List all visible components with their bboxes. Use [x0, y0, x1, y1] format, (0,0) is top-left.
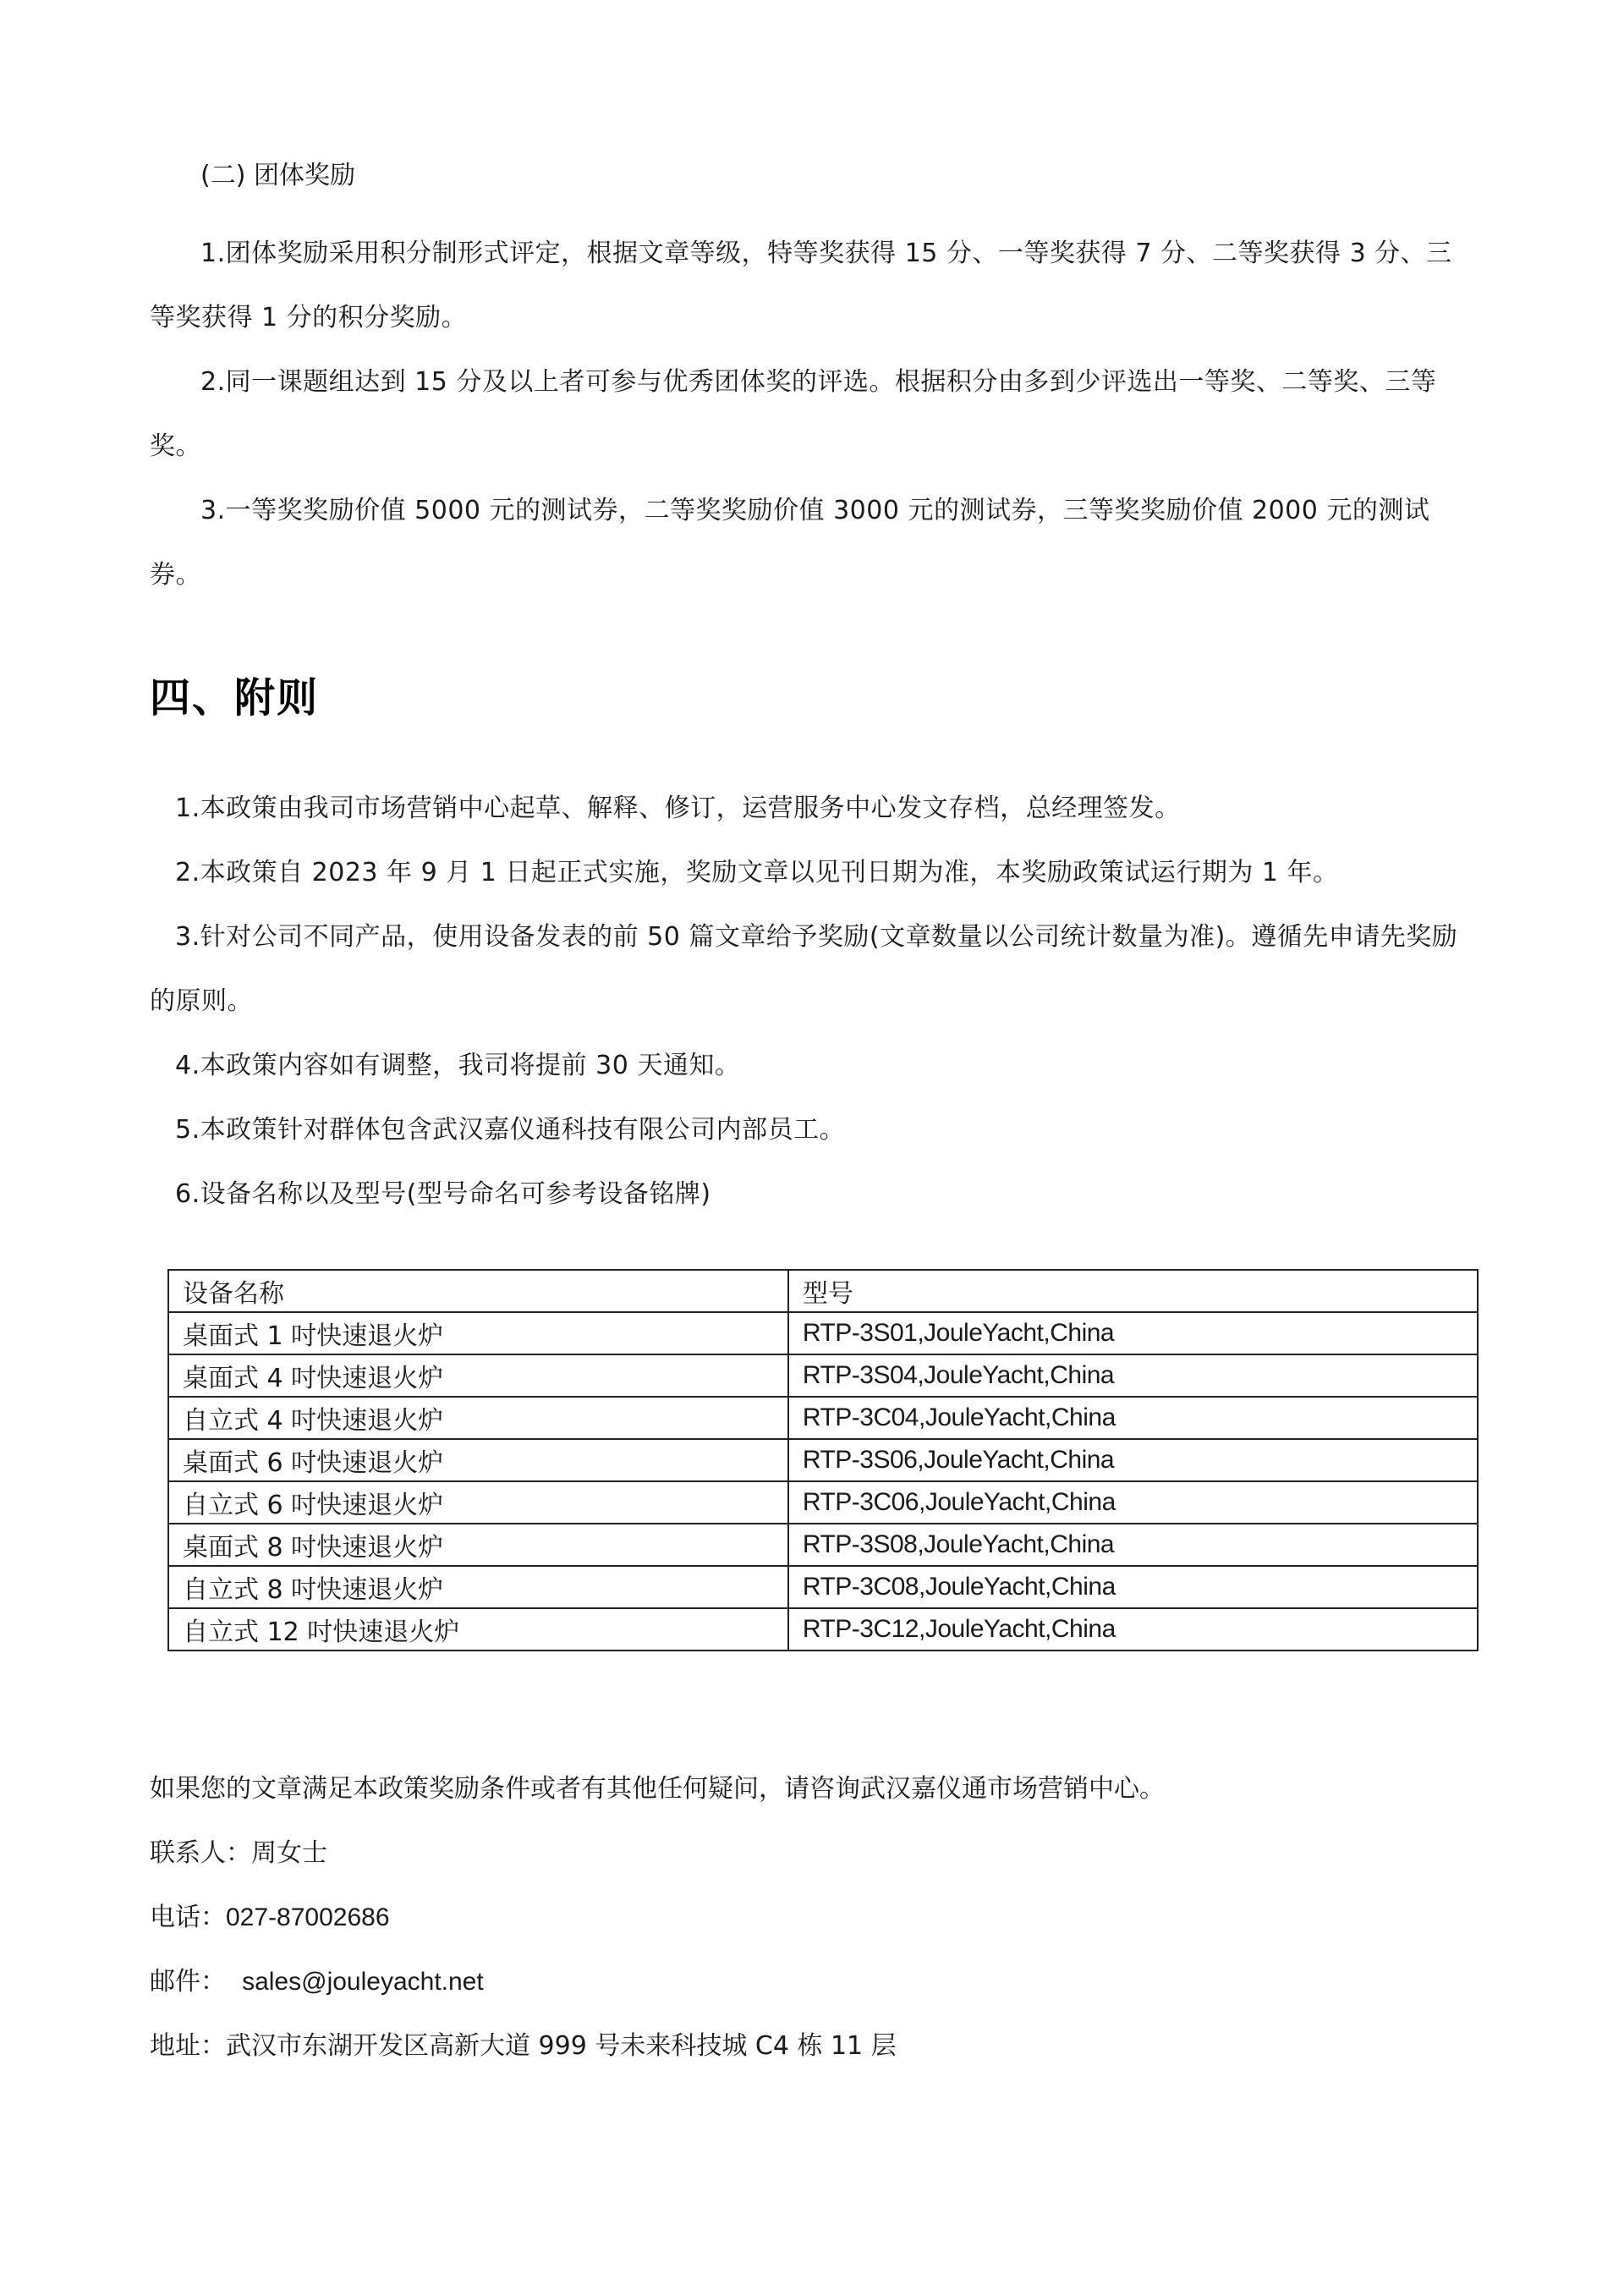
equipment-name-cell: 桌面式 6 吋快速退火炉: [168, 1439, 788, 1481]
equipment-name-cell: 自立式 4 吋快速退火炉: [168, 1397, 788, 1439]
header-model: 型号: [788, 1270, 1478, 1312]
model-cell: RTP-3S08,JouleYacht,China: [788, 1524, 1478, 1566]
contact-person: 联系人：周女士: [150, 1832, 327, 1875]
table-row: 自立式 8 吋快速退火炉 RTP-3C08,JouleYacht,China: [168, 1566, 1478, 1608]
contact-email-label: 邮件：: [150, 1967, 226, 1997]
contact-phone: 电话：027-87002686: [150, 1897, 390, 1939]
equipment-name-cell: 自立式 6 吋快速退火炉: [168, 1481, 788, 1524]
model-cell: RTP-3C04,JouleYacht,China: [788, 1397, 1478, 1439]
table-row: 桌面式 8 吋快速退火炉 RTP-3S08,JouleYacht,China: [168, 1524, 1478, 1566]
contact-address-value: 武汉市东湖开发区高新大道 999 号未来科技城 C4 栋 11 层: [226, 2031, 897, 2061]
group-award-item-2: 2.同一课题组达到 15 分及以上者可参与优秀团体奖的评选。根据积分由多到少评选…: [150, 350, 1478, 479]
table-row: 桌面式 1 吋快速退火炉 RTP-3S01,JouleYacht,China: [168, 1312, 1478, 1354]
contact-person-value: 周女士: [251, 1838, 327, 1868]
document-page: (二) 团体奖励 1.团体奖励采用积分制形式评定，根据文章等级，特等奖获得 15…: [0, 0, 1624, 2296]
contact-email: 邮件： sales@jouleyacht.net: [150, 1961, 484, 2003]
table-row: 桌面式 6 吋快速退火炉 RTP-3S06,JouleYacht,China: [168, 1439, 1478, 1481]
model-cell: RTP-3S06,JouleYacht,China: [788, 1439, 1478, 1481]
model-cell: RTP-3S01,JouleYacht,China: [788, 1312, 1478, 1354]
contact-address: 地址：武汉市东湖开发区高新大道 999 号未来科技城 C4 栋 11 层: [150, 2025, 897, 2068]
contact-intro: 如果您的文章满足本政策奖励条件或者有其他任何疑问，请咨询武汉嘉仪通市场营销中心。: [150, 1768, 1165, 1810]
model-cell: RTP-3C12,JouleYacht,China: [788, 1608, 1478, 1651]
appendix-title: 四、附则: [150, 668, 319, 728]
group-award-heading: (二) 团体奖励: [200, 151, 355, 201]
model-cell: RTP-3C08,JouleYacht,China: [788, 1566, 1478, 1608]
contact-email-value[interactable]: sales@jouleyacht.net: [242, 1968, 484, 1996]
appendix-item-3: 3.针对公司不同产品，使用设备发表的前 50 篇文章给予奖励(文章数量以公司统计…: [150, 905, 1478, 1034]
equipment-table: 设备名称 型号 桌面式 1 吋快速退火炉 RTP-3S01,JouleYacht…: [167, 1269, 1479, 1651]
table-row: 自立式 4 吋快速退火炉 RTP-3C04,JouleYacht,China: [168, 1397, 1478, 1439]
table-row: 自立式 12 吋快速退火炉 RTP-3C12,JouleYacht,China: [168, 1608, 1478, 1651]
table-header-row: 设备名称 型号: [168, 1270, 1478, 1312]
contact-phone-value: 027-87002686: [226, 1903, 390, 1931]
contact-person-label: 联系人：: [150, 1838, 251, 1868]
appendix-item-2: 2.本政策自 2023 年 9 月 1 日起正式实施，奖励文章以见刊日期为准，本…: [150, 841, 1478, 905]
group-award-item-1: 1.团体奖励采用积分制形式评定，根据文章等级，特等奖获得 15 分、一等奖获得 …: [150, 222, 1478, 350]
contact-phone-label: 电话：: [150, 1903, 226, 1932]
equipment-name-cell: 自立式 12 吋快速退火炉: [168, 1608, 788, 1651]
equipment-name-cell: 自立式 8 吋快速退火炉: [168, 1566, 788, 1608]
table-row: 自立式 6 吋快速退火炉 RTP-3C06,JouleYacht,China: [168, 1481, 1478, 1524]
appendix-item-4: 4.本政策内容如有调整，我司将提前 30 天通知。: [150, 1034, 1478, 1098]
equipment-name-cell: 桌面式 4 吋快速退火炉: [168, 1354, 788, 1397]
model-cell: RTP-3S04,JouleYacht,China: [788, 1354, 1478, 1397]
appendix-item-6: 6.设备名称以及型号(型号命名可参考设备铭牌): [150, 1162, 1478, 1227]
equipment-name-cell: 桌面式 8 吋快速退火炉: [168, 1524, 788, 1566]
group-award-item-3: 3.一等奖奖励价值 5000 元的测试券，二等奖奖励价值 3000 元的测试券，…: [150, 479, 1478, 607]
contact-address-label: 地址：: [150, 2031, 226, 2061]
equipment-name-cell: 桌面式 1 吋快速退火炉: [168, 1312, 788, 1354]
table-row: 桌面式 4 吋快速退火炉 RTP-3S04,JouleYacht,China: [168, 1354, 1478, 1397]
appendix-item-5: 5.本政策针对群体包含武汉嘉仪通科技有限公司内部员工。: [150, 1098, 1478, 1162]
model-cell: RTP-3C06,JouleYacht,China: [788, 1481, 1478, 1524]
appendix-item-1: 1.本政策由我司市场营销中心起草、解释、修订，运营服务中心发文存档，总经理签发。: [150, 777, 1478, 841]
header-equipment-name: 设备名称: [168, 1270, 788, 1312]
